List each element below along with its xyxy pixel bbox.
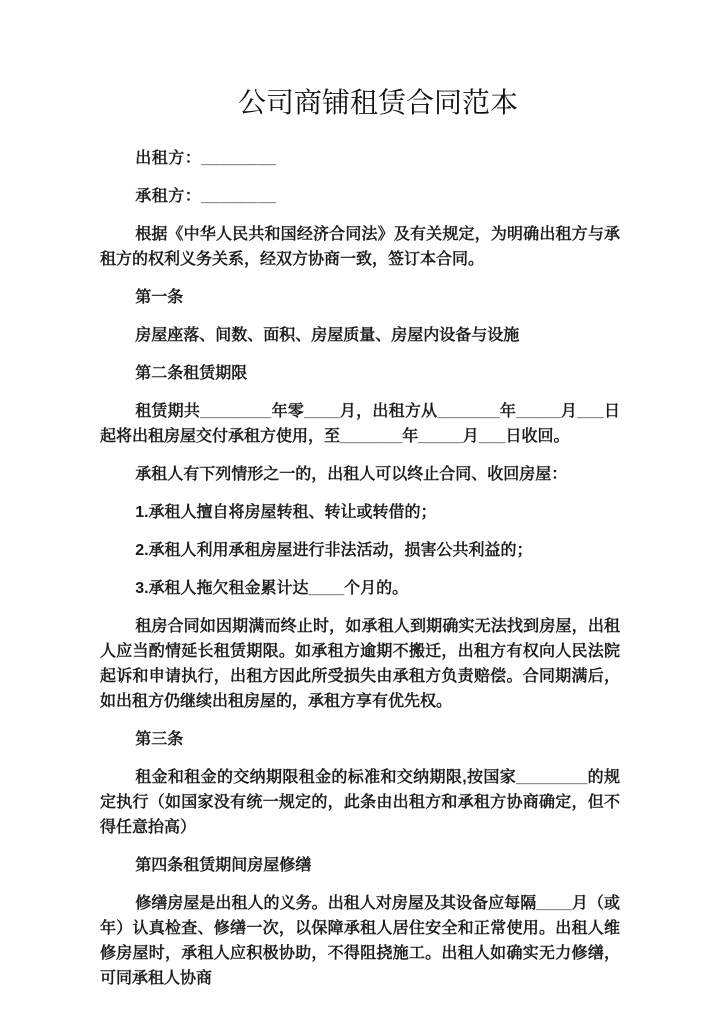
termination-intro: 承租人有下列情形之一的，出租人可以终止合同、收回房屋： bbox=[100, 462, 620, 487]
article-2-heading: 第二条租赁期限 bbox=[100, 361, 620, 386]
termination-item-1: 1.承租人擅自将房屋转租、转让或转借的； bbox=[100, 500, 620, 525]
preamble-paragraph: 根据《中华人民共和国经济合同法》及有关规定，为明确出租方与承租方的权利义务关系，… bbox=[100, 222, 620, 272]
article-1-content: 房屋座落、间数、面积、房屋质量、房屋内设备与设施 bbox=[100, 323, 620, 348]
article-3-heading: 第三条 bbox=[100, 727, 620, 752]
contract-title: 公司商铺租赁合同范本 bbox=[100, 84, 620, 122]
lessee-line: 承租方：________ bbox=[100, 184, 620, 209]
expiry-paragraph: 租房合同如因期满而终止时，如承租人到期确实无法找到房屋，出租人应当酌情延长租赁期… bbox=[100, 614, 620, 714]
repair-paragraph: 修缮房屋是出租人的义务。出租人对房屋及其设备应每隔____月（或年）认真检查、修… bbox=[100, 891, 620, 991]
termination-item-3: 3.承租人拖欠租金累计达____个月的。 bbox=[100, 576, 620, 601]
rental-term-paragraph: 租赁期共________年零____月，出租方从_______年_____月__… bbox=[100, 399, 620, 449]
document-page: 公司商铺租赁合同范本 出租方：________ 承租方：________ 根据《… bbox=[0, 0, 720, 1017]
article-4-heading: 第四条租赁期间房屋修缮 bbox=[100, 853, 620, 878]
termination-item-2: 2.承租人利用承租房屋进行非法活动，损害公共利益的； bbox=[100, 538, 620, 563]
rent-payment-paragraph: 租金和租金的交纳期限租金的标准和交纳期限,按国家________的规定执行（如国… bbox=[100, 765, 620, 840]
lessor-line: 出租方：________ bbox=[100, 146, 620, 171]
article-1-heading: 第一条 bbox=[100, 285, 620, 310]
